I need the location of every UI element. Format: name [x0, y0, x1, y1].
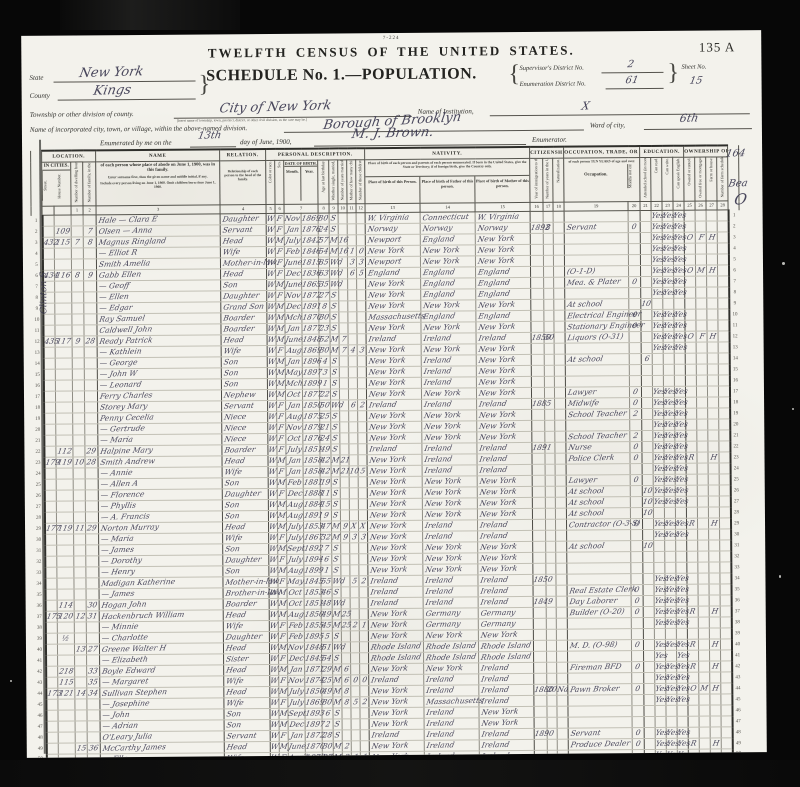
col-pob-father: Place of birth of Father of this person.	[420, 176, 475, 202]
line-number-strip-left	[31, 151, 43, 216]
col-pob-mother: Place of birth of Mother of this person.	[475, 176, 529, 202]
scanner-streak	[60, 0, 240, 30]
col-school: Attended school (in months).	[640, 157, 651, 201]
col-occupation: Occupation.	[564, 164, 628, 189]
col-marital: Whether single, married, widowed, or div…	[329, 160, 338, 204]
col-street: Street.	[42, 171, 57, 201]
col-relation-desc: Relationship of each person to the head …	[220, 161, 266, 205]
institution-value: X	[581, 99, 591, 112]
right-margin-letter: O	[733, 190, 749, 208]
township-label: Township or other division of county.	[30, 110, 134, 119]
census-table: LOCATION. NAME RELATION. PERSONAL DESCRI…	[30, 144, 744, 758]
sheet-code-note: 164	[725, 148, 746, 160]
enumerator-signature: M. J. Brown.	[350, 125, 434, 142]
census-rows: 1Hale — Clara EDaughterWFNov186930SW. Vi…	[31, 210, 743, 758]
date-label: day of June, 1900,	[240, 138, 292, 146]
supervisor-underline	[601, 71, 663, 73]
enumerated-label: Enumerated by me on the	[100, 139, 172, 148]
scanner-streak	[0, 760, 800, 787]
col-year: Year.	[301, 167, 317, 201]
in-cities-label: IN CITIES.	[42, 163, 70, 171]
township-value: City of New York	[218, 98, 332, 116]
form-header: 7-224 TWELFTH CENSUS OF THE UNITED STATE…	[21, 30, 762, 150]
col-children-living: Number of these children living.	[356, 160, 365, 204]
state-label: State	[29, 74, 43, 82]
group-relation: RELATION.	[220, 149, 266, 161]
county-underline	[58, 98, 196, 101]
col-years-us: Number of years in the United States.	[543, 158, 553, 202]
col-family: Number of family, in the order of visita…	[83, 162, 96, 206]
ward-underline	[644, 127, 752, 130]
group-name: NAME	[96, 149, 220, 161]
col-in-cities: IN CITIES. Street. House Number.	[42, 162, 71, 206]
group-ownership: OWNERSHIP OF HOME.	[684, 145, 728, 157]
street-name-note: Clinton S	[39, 272, 49, 315]
col-months-unemployed: Months not employed.	[628, 164, 639, 188]
col-name-desc: of each person whose place of abode on J…	[96, 161, 220, 206]
col-free-mortgaged: Owned free or mortgaged.	[695, 157, 706, 201]
col-dwelling: Number of dwelling house, in the order o…	[71, 162, 83, 206]
group-personal: PERSONAL DESCRIPTION.	[266, 148, 365, 160]
day-underline	[190, 145, 236, 147]
sheet-value: 15	[689, 75, 704, 86]
col-house-number: House Number.	[57, 171, 71, 201]
col-date-of-birth: DATE OF BIRTH. Month. Year.	[284, 160, 318, 204]
county-label: County	[30, 92, 50, 100]
county-value: Kings	[92, 83, 132, 99]
col-color: Color or race.	[266, 160, 275, 204]
group-education: EDUCATION.	[640, 146, 684, 158]
scan-speck	[10, 680, 12, 682]
table-header: LOCATION. NAME RELATION. PERSONAL DESCRI…	[31, 145, 740, 215]
col-nativity-desc: Place of birth of each person and parent…	[365, 158, 530, 203]
district-brace-open: {	[508, 62, 520, 86]
page-title: TWELFTH CENSUS OF THE UNITED STATES.	[21, 41, 761, 63]
group-occupation: OCCUPATION, TRADE, OR PROFESSION	[564, 146, 640, 158]
district-brace-close: }	[667, 61, 679, 85]
col-english: Can speak English.	[673, 157, 684, 201]
ward-value: 6th	[679, 111, 700, 125]
group-location: LOCATION.	[42, 150, 96, 162]
col-sex: Sex.	[275, 160, 284, 204]
supervisor-value: 2	[626, 59, 634, 70]
township-note: [Insert name of township, town, precinct…	[177, 118, 307, 123]
right-margin-note: Bea	[727, 178, 748, 190]
enumeration-underline	[606, 87, 664, 89]
schedule-title: SCHEDULE No. 1.—POPULATION.	[171, 65, 511, 86]
scan-speck	[782, 262, 785, 265]
scan-speck	[792, 408, 794, 410]
col-farm-house: Farm or house.	[706, 157, 717, 201]
col-years-married: Number of years married.	[338, 160, 347, 204]
page-number: 135 A	[699, 39, 736, 55]
supervisor-label: Supervisor's District No.	[519, 64, 583, 72]
col-farm-schedule: Number of farm schedule.	[717, 157, 728, 201]
scan-speck	[779, 575, 781, 578]
col-read: Can read.	[651, 157, 662, 201]
census-sheet: 7-224 TWELFTH CENSUS OF THE UNITED STATE…	[21, 30, 767, 758]
enumeration-label: Enumeration District No.	[520, 80, 586, 88]
col-pob-person: Place of birth of this Person.	[365, 177, 420, 203]
col-month: Month.	[284, 167, 301, 201]
institution-underline	[490, 112, 750, 116]
enumerator-label: Enumerator.	[532, 136, 567, 144]
state-value: New York	[78, 64, 145, 81]
col-owned-rented: Owned or rented.	[684, 157, 695, 201]
col-immigration: Year of immigration to the United States…	[530, 158, 543, 202]
col-write: Can write.	[662, 157, 673, 201]
col-naturalization: Naturalization.	[553, 158, 564, 202]
enumerated-day: 13th	[197, 130, 222, 142]
sheet-label: Sheet No.	[681, 64, 706, 71]
group-citizenship: CITIZENSHIP.	[530, 147, 564, 159]
ward-label: Ward of city,	[590, 121, 625, 129]
col-occupation-desc: of each person TEN YEARS of age and over…	[564, 158, 640, 203]
col-mother-of: Mother of how many children.	[347, 160, 356, 204]
col-age: Age at last birthday.	[318, 160, 329, 204]
enumeration-value: 61	[625, 75, 640, 86]
